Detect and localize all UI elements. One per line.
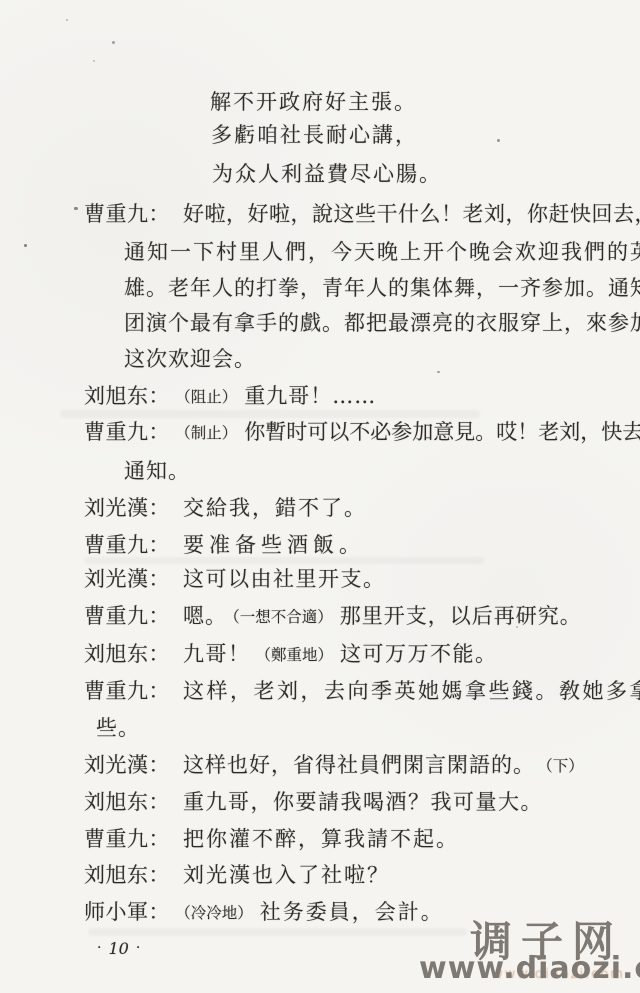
speaker-name: 刘光漢： xyxy=(84,496,170,520)
scan-smudge xyxy=(60,410,480,418)
scan-speck xyxy=(93,60,95,62)
book-page: 解不开政府好主張。 多虧咱社長耐心講， 为众人利益費尽心腸。 曹重九：好啦，好啦… xyxy=(0,0,640,993)
dialogue-line: 曹重九：嗯。（一想不合適）那里开支，以后再研究。 xyxy=(84,604,582,630)
speaker-name: 刘旭东： xyxy=(84,863,170,887)
dialogue-line: 刘光漢：这样也好，省得社員們閑言閑語的。（下） xyxy=(84,753,584,779)
dialogue-text: 把你灌不醉，算我請不起。 xyxy=(183,827,459,851)
dialogue-line: 曹重九：这样，老刘，去向季英她媽拿些錢。敎她多拿 xyxy=(84,679,640,703)
scan-smudge xyxy=(84,557,484,564)
dialogue-continuation: 团演个最有拿手的戲。都把最漂亮的衣服穿上，來参加 xyxy=(124,311,640,335)
page-number: ·10· xyxy=(97,939,140,958)
dialogue-line: 刘旭东：（阻止）重九哥！…… xyxy=(84,384,376,410)
dialogue-line: 师小軍：（冷冷地）社务委員，会計。 xyxy=(84,900,444,926)
speaker-name: 刘旭东： xyxy=(84,384,170,408)
dialogue-text: 团演个最有拿手的戲。都把最漂亮的衣服穿上，來参加 xyxy=(124,311,640,335)
scan-speck xyxy=(516,626,518,628)
dialogue-text: 这可以由社里开支。 xyxy=(183,567,386,591)
dialogue-text: 那里开支，以后再研究。 xyxy=(340,604,582,628)
dialogue-continuation: 通知。 xyxy=(124,459,190,483)
scan-speck xyxy=(437,371,440,373)
dialogue-text: 要准备些酒飯。 xyxy=(183,533,365,557)
dialogue-text: 重九哥，你要請我喝酒？我可量大。 xyxy=(183,790,543,814)
dialogue-text: 刘光漢也入了社啦？ xyxy=(183,863,390,887)
footer-dot-left: · xyxy=(97,940,101,956)
dialogue-line: 刘旭东：九哥！（鄭重地）这可万万不能。 xyxy=(84,642,498,668)
dialogue-line: 刘旭东：重九哥，你要請我喝酒？我可量大。 xyxy=(84,790,543,814)
verse-text: 为众人利益費尽心腸。 xyxy=(212,162,442,186)
dialogue-line: 刘光漢：这可以由社里开支。 xyxy=(84,567,386,591)
stage-direction: （制止） xyxy=(183,424,237,442)
stage-direction: （阻止） xyxy=(183,388,237,406)
dialogue-text: 嗯。 xyxy=(183,604,227,628)
speaker-name: 曹重九： xyxy=(84,420,170,444)
dialogue-text: 社务委員，会計。 xyxy=(260,900,444,924)
scan-speck xyxy=(497,139,500,142)
dialogue-line: 曹重九：把你灌不醉，算我請不起。 xyxy=(84,827,459,851)
stage-direction: （鄭重地） xyxy=(256,646,334,664)
footer-dot-right: · xyxy=(136,940,140,956)
verse-text: 多虧咱社長耐心講， xyxy=(211,123,418,147)
speaker-name: 刘光漢： xyxy=(84,753,170,777)
dialogue-text: 通知。 xyxy=(124,459,190,483)
speaker-name: 刘旭东： xyxy=(84,642,170,666)
dialogue-continuation: 些。 xyxy=(96,716,140,740)
speaker-name: 曹重九： xyxy=(84,202,170,226)
scan-speck xyxy=(24,244,27,247)
scan-speck xyxy=(66,19,68,21)
dialogue-line: 曹重九：（制止）你暫时可以不必参加意見。哎！老刘，快去 xyxy=(84,420,640,446)
dialogue-text: 你暫时可以不必参加意見。哎！老刘，快去 xyxy=(244,420,640,444)
dialogue-line: 曹重九：要准备些酒飯。 xyxy=(84,533,365,557)
scan-smudge xyxy=(88,928,468,936)
dialogue-text: 些。 xyxy=(96,716,140,740)
dialogue-line: 曹重九：好啦，好啦，說这些干什么！老刘，你赶快回去， xyxy=(84,202,640,226)
dialogue-text: 这可万万不能。 xyxy=(340,642,498,666)
verse-text: 解不开政府好主張。 xyxy=(210,90,417,114)
speaker-name: 曹重九： xyxy=(84,827,170,851)
speaker-name: 师小軍： xyxy=(84,900,170,924)
dialogue-text: 这样，老刘，去向季英她媽拿些錢。敎她多拿 xyxy=(183,679,640,703)
speaker-name: 曹重九： xyxy=(84,533,170,557)
stage-direction: （下） xyxy=(545,757,584,775)
dialogue-text: 九哥！ xyxy=(183,642,251,666)
stage-direction: （一想不合適） xyxy=(232,608,333,626)
verse-line: 为众人利益費尽心腸。 xyxy=(212,162,442,186)
dialogue-text: 好啦，好啦，說这些干什么！老刘，你赶快回去， xyxy=(183,202,640,226)
dialogue-continuation: 雄。老年人的打拳，青年人的集体舞，一齐参加。通知剧 xyxy=(124,276,640,300)
footer-number: 10 xyxy=(108,939,128,958)
speaker-name: 刘旭东： xyxy=(84,790,170,814)
watermark-site-url: www.diaozi.com xyxy=(419,951,640,986)
dialogue-text: 雄。老年人的打拳，青年人的集体舞，一齐参加。通知剧 xyxy=(124,276,640,300)
dialogue-text: 这次欢迎会。 xyxy=(124,347,256,371)
dialogue-text: 重九哥！…… xyxy=(244,384,376,408)
verse-line: 多虧咱社長耐心講， xyxy=(211,123,418,147)
dialogue-text: 这样也好，省得社員們閑言閑語的。 xyxy=(183,753,535,777)
dialogue-text: 交給我，錯不了。 xyxy=(183,496,367,520)
dialogue-text: 通知一下村里人們，今天晚上开个晚会欢迎我們的英 xyxy=(124,240,640,264)
speaker-name: 刘光漢： xyxy=(84,567,170,591)
speaker-name: 曹重九： xyxy=(84,604,170,628)
speaker-name: 曹重九： xyxy=(84,679,170,703)
scan-speck xyxy=(74,207,78,210)
verse-line: 解不开政府好主張。 xyxy=(210,90,417,114)
dialogue-line: 刘旭东：刘光漢也入了社啦？ xyxy=(84,863,390,887)
dialogue-line: 刘光漢：交給我，錯不了。 xyxy=(84,496,367,520)
stage-direction: （冷冷地） xyxy=(183,904,253,922)
dialogue-continuation: 通知一下村里人們，今天晚上开个晚会欢迎我們的英 xyxy=(124,240,640,264)
dialogue-continuation: 这次欢迎会。 xyxy=(124,347,256,371)
scan-speck xyxy=(112,41,115,44)
